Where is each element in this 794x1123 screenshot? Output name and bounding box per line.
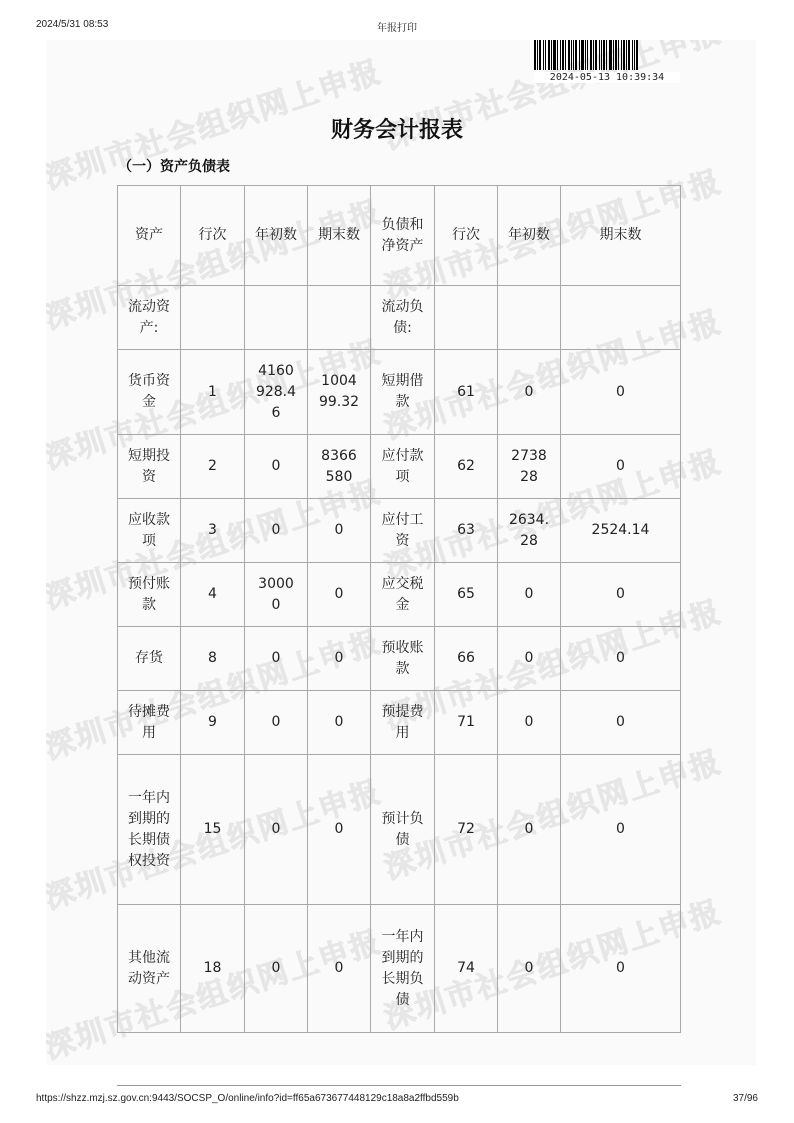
asset-line: 1	[181, 350, 245, 435]
table-row: 货币资金 1 4160928.46 100499.32 短期借款 61 0 0	[118, 350, 681, 435]
liability-name: 应交税金	[371, 563, 435, 627]
table-row: 应收款项 3 0 0 应付工资 63 2634.28 2524.14	[118, 499, 681, 563]
liability-end: 2524.14	[561, 499, 681, 563]
liability-begin: 273828	[498, 435, 561, 499]
asset-end: 0	[308, 691, 371, 755]
liability-begin: 0	[498, 627, 561, 691]
asset-line: 18	[181, 905, 245, 1033]
header-liability-line: 行次	[435, 186, 498, 286]
table-row: 一年内到期的长期债权投资 15 0 0 预计负债 72 0 0	[118, 755, 681, 905]
asset-end: 0	[308, 499, 371, 563]
asset-begin: 0	[245, 435, 308, 499]
asset-begin: 0	[245, 627, 308, 691]
header-liability: 负债和净资产	[371, 186, 435, 286]
asset-name: 待摊费用	[118, 691, 181, 755]
liability-name: 预收账款	[371, 627, 435, 691]
liability-end	[561, 286, 681, 350]
asset-begin: 4160928.46	[245, 350, 308, 435]
liability-name: 预计负债	[371, 755, 435, 905]
asset-name: 应收款项	[118, 499, 181, 563]
liability-line: 62	[435, 435, 498, 499]
liability-name: 一年内到期的长期负债	[371, 905, 435, 1033]
asset-line: 2	[181, 435, 245, 499]
asset-line: 9	[181, 691, 245, 755]
document-title: 财务会计报表	[0, 113, 794, 144]
section-title: （一）资产负债表	[118, 156, 230, 176]
liability-begin	[498, 286, 561, 350]
liability-begin: 2634.28	[498, 499, 561, 563]
asset-end	[308, 286, 371, 350]
footer-divider	[117, 1085, 681, 1086]
asset-line: 3	[181, 499, 245, 563]
asset-name: 流动资产:	[118, 286, 181, 350]
asset-begin	[245, 286, 308, 350]
asset-end: 0	[308, 627, 371, 691]
liability-line: 65	[435, 563, 498, 627]
liability-end: 0	[561, 563, 681, 627]
liability-line	[435, 286, 498, 350]
asset-begin: 0	[245, 755, 308, 905]
liability-begin: 0	[498, 350, 561, 435]
asset-name: 其他流动资产	[118, 905, 181, 1033]
table-row: 存货 8 0 0 预收账款 66 0 0	[118, 627, 681, 691]
liability-begin: 0	[498, 563, 561, 627]
liability-line: 72	[435, 755, 498, 905]
asset-name: 短期投资	[118, 435, 181, 499]
page-number: 37/96	[733, 1093, 758, 1104]
liability-line: 63	[435, 499, 498, 563]
liability-line: 66	[435, 627, 498, 691]
print-header-title: 年报打印	[0, 19, 794, 34]
asset-line: 15	[181, 755, 245, 905]
header-asset: 资产	[118, 186, 181, 286]
asset-line: 4	[181, 563, 245, 627]
asset-begin: 0	[245, 499, 308, 563]
asset-name: 预付账款	[118, 563, 181, 627]
barcode: 2024-05-13 10:39:34	[534, 40, 680, 83]
asset-begin: 0	[245, 691, 308, 755]
balance-sheet-table: 资产 行次 年初数 期末数 负债和净资产 行次 年初数 期末数 流动资产: 流动…	[117, 185, 681, 1033]
asset-begin: 0	[245, 905, 308, 1033]
asset-end: 0	[308, 563, 371, 627]
barcode-bars	[534, 40, 680, 70]
asset-name: 一年内到期的长期债权投资	[118, 755, 181, 905]
liability-line: 74	[435, 905, 498, 1033]
liability-name: 流动负债:	[371, 286, 435, 350]
liability-line: 61	[435, 350, 498, 435]
asset-end: 0	[308, 905, 371, 1033]
asset-end: 8366580	[308, 435, 371, 499]
liability-line: 71	[435, 691, 498, 755]
asset-end: 0	[308, 755, 371, 905]
liability-begin: 0	[498, 905, 561, 1033]
liability-name: 应付工资	[371, 499, 435, 563]
table-row: 短期投资 2 0 8366580 应付款项 62 273828 0	[118, 435, 681, 499]
asset-line	[181, 286, 245, 350]
header-asset-end: 期末数	[308, 186, 371, 286]
header-liability-end: 期末数	[561, 186, 681, 286]
table-row: 流动资产: 流动负债:	[118, 286, 681, 350]
liability-end: 0	[561, 691, 681, 755]
asset-line: 8	[181, 627, 245, 691]
liability-begin: 0	[498, 755, 561, 905]
header-asset-begin: 年初数	[245, 186, 308, 286]
asset-end: 100499.32	[308, 350, 371, 435]
liability-begin: 0	[498, 691, 561, 755]
liability-name: 短期借款	[371, 350, 435, 435]
footer-url: https://shzz.mzj.sz.gov.cn:9443/SOCSP_O/…	[36, 1093, 459, 1104]
liability-end: 0	[561, 755, 681, 905]
liability-end: 0	[561, 627, 681, 691]
liability-end: 0	[561, 435, 681, 499]
table-header-row: 资产 行次 年初数 期末数 负债和净资产 行次 年初数 期末数	[118, 186, 681, 286]
table-row: 待摊费用 9 0 0 预提费用 71 0 0	[118, 691, 681, 755]
barcode-timestamp: 2024-05-13 10:39:34	[534, 72, 680, 83]
table-row: 其他流动资产 18 0 0 一年内到期的长期负债 74 0 0	[118, 905, 681, 1033]
header-asset-line: 行次	[181, 186, 245, 286]
asset-name: 存货	[118, 627, 181, 691]
liability-end: 0	[561, 350, 681, 435]
liability-name: 预提费用	[371, 691, 435, 755]
table-row: 预付账款 4 30000 0 应交税金 65 0 0	[118, 563, 681, 627]
header-liability-begin: 年初数	[498, 186, 561, 286]
asset-name: 货币资金	[118, 350, 181, 435]
liability-end: 0	[561, 905, 681, 1033]
liability-name: 应付款项	[371, 435, 435, 499]
asset-begin: 30000	[245, 563, 308, 627]
